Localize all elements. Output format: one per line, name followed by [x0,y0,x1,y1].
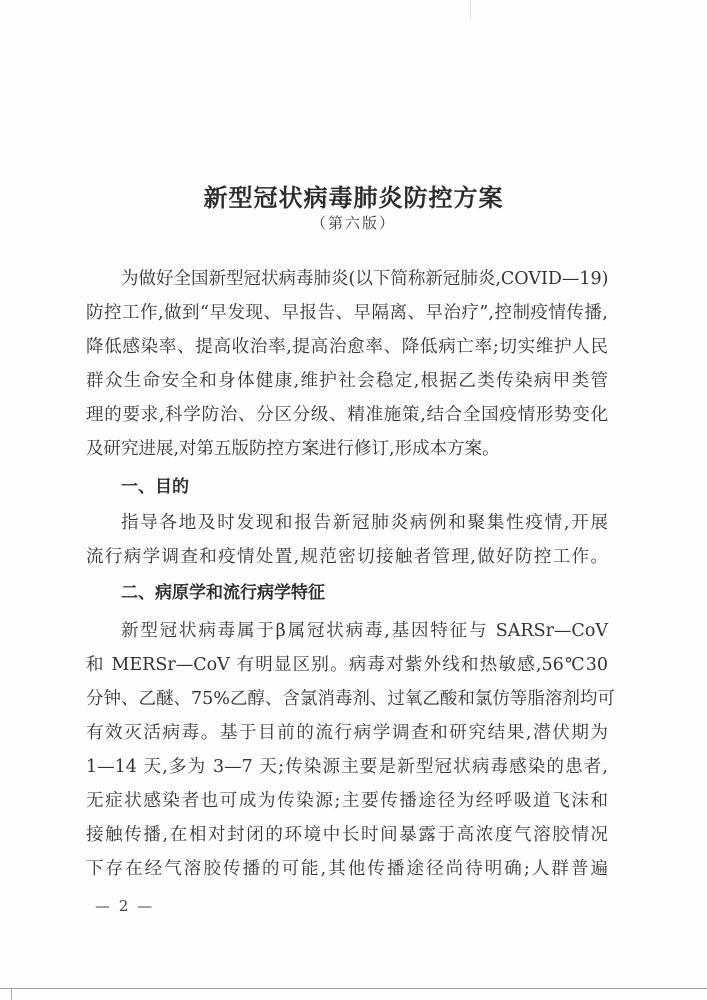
scan-edge-mark [470,0,471,20]
document-title: 新型冠状病毒肺炎防控方案 [0,178,707,213]
section2-line: 分钟、乙醚、75%乙醇、含氯消毒剂、过氧乙酸和氯仿等脂溶剂均可 [86,686,608,712]
intro-line: 防控工作,做到“早发现、早报告、早隔离、早治疗”,控制疫情传播, [86,300,608,326]
page-number: — 2 — [95,897,152,915]
section2-line: 有效灭活病毒。基于目前的流行病学调查和研究结果,潜伏期为 [86,720,608,746]
section2-line: 无症状感染者也可成为传染源;主要传播途径为经呼吸道飞沫和 [86,788,608,814]
section2-line: 下存在经气溶胶传播的可能,其他传播途径尚待明确;人群普遍 [86,856,608,882]
document-page: 新型冠状病毒肺炎防控方案 （第六版） 为做好全国新型冠状病毒肺炎(以下简称新冠肺… [0,0,707,1000]
section2-line: 和 MERSr—CoV 有明显区别。病毒对紫外线和热敏感,56℃30 [86,652,608,678]
intro-line: 为做好全国新型冠状病毒肺炎(以下简称新冠肺炎,COVID—19) [121,266,608,292]
intro-line: 降低感染率、提高收治率,提高治愈率、降低病亡率;切实维护人民 [86,334,608,360]
section1-line: 指导各地及时发现和报告新冠肺炎病例和聚集性疫情,开展 [121,510,608,536]
scan-edge-tick [11,988,12,1000]
section2-line: 新型冠状病毒属于β属冠状病毒,基因特征与 SARSr—CoV [121,618,608,644]
section1-line: 流行病学调查和疫情处置,规范密切接触者管理,做好防控工作。 [86,544,608,570]
scan-edge-line [0,988,707,989]
intro-line: 及研究进展,对第五版防控方案进行修订,形成本方案。 [86,436,608,462]
section2-line: 1—14 天,多为 3—7 天;传染源主要是新型冠状病毒感染的患者, [86,754,608,780]
section-heading-etiology: 二、病原学和流行病学特征 [121,580,325,606]
document-subtitle: （第六版） [0,212,707,233]
intro-line: 理的要求,科学防治、分区分级、精准施策,结合全国疫情形势变化 [86,402,608,428]
intro-line: 群众生命安全和身体健康,维护社会稳定,根据乙类传染病甲类管 [86,368,608,394]
section-heading-purpose: 一、目的 [121,474,189,500]
section2-line: 接触传播,在相对封闭的环境中长时间暴露于高浓度气溶胶情况 [86,822,608,848]
